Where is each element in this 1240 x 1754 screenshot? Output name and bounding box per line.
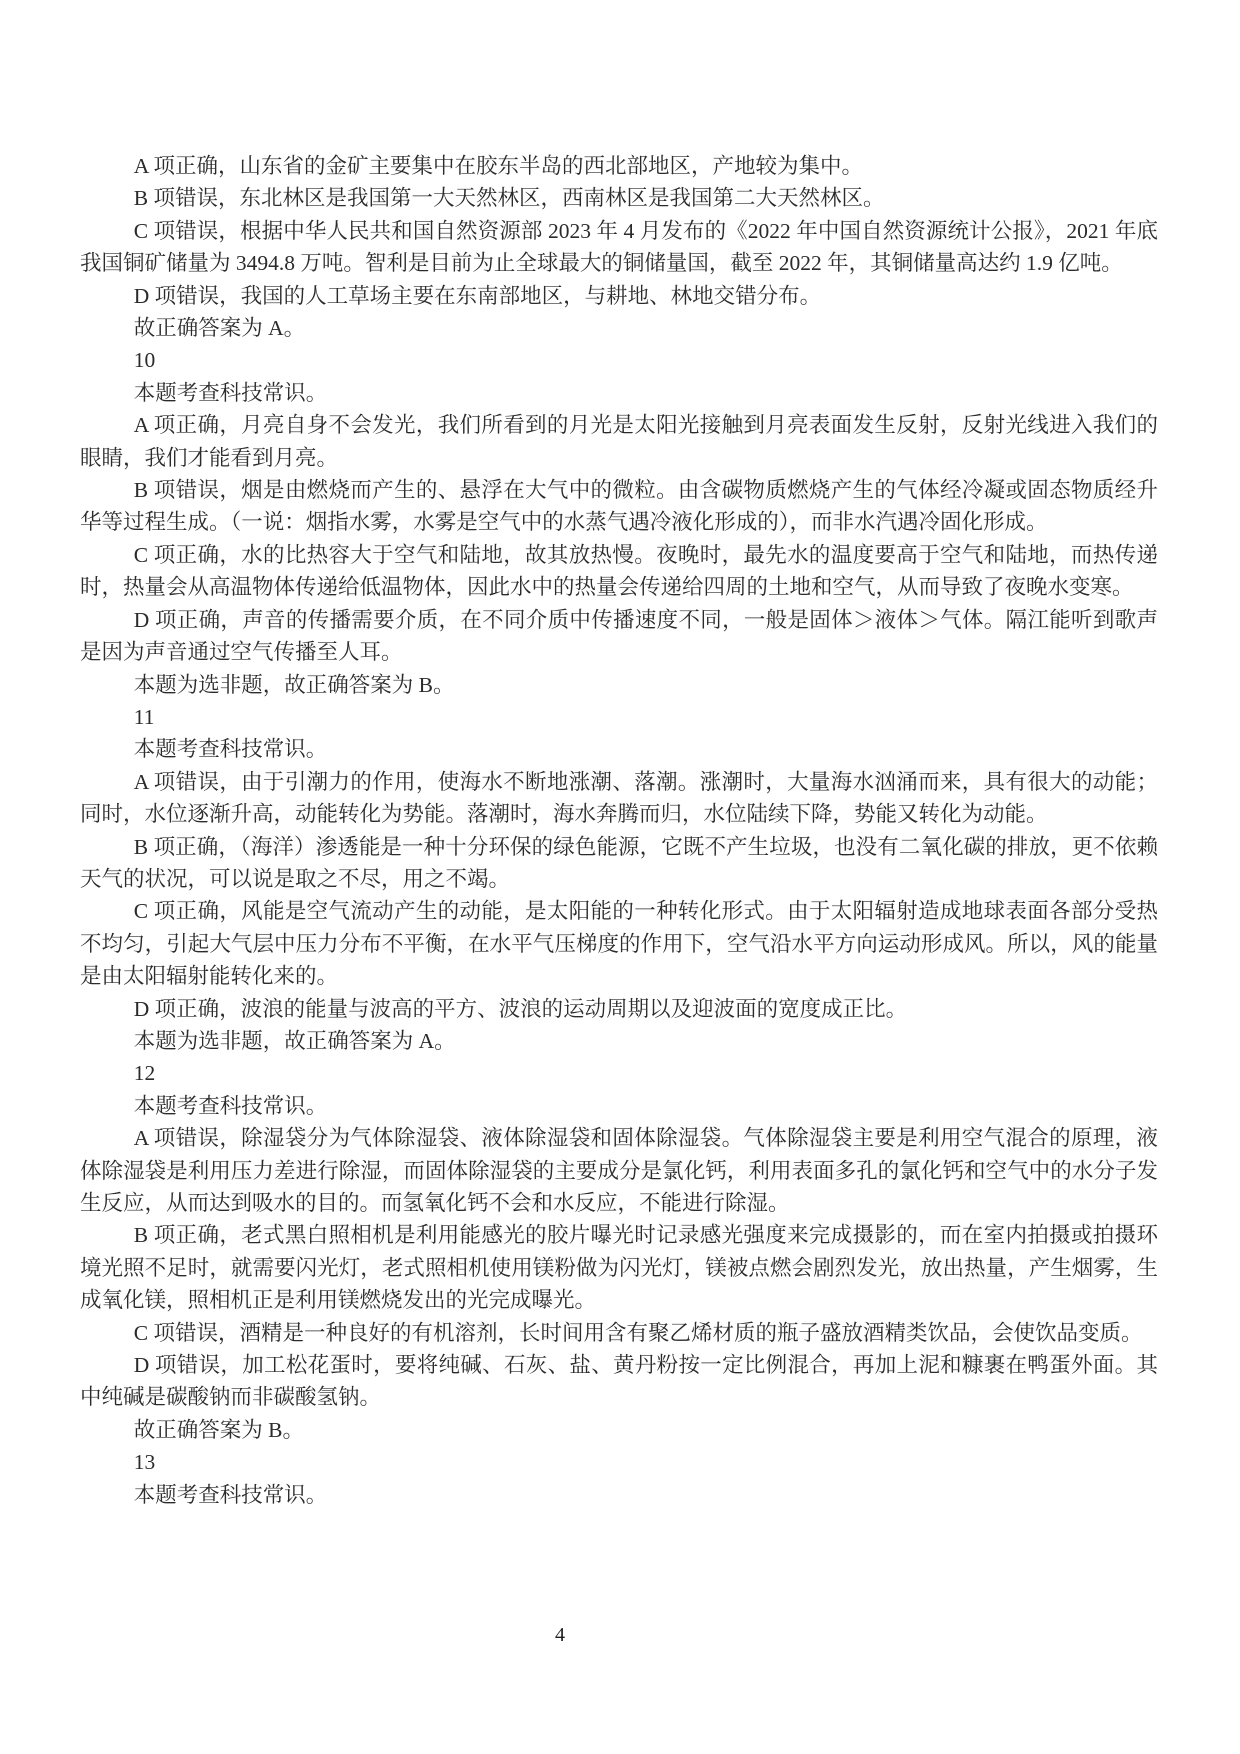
option-analysis-a: A 项错误，由于引潮力的作用，使海水不断地涨潮、落潮。涨潮时，大量海水汹涌而来，…: [80, 766, 1158, 831]
question-number-10: 10: [80, 344, 1158, 376]
option-analysis-a: A 项错误，除湿袋分为气体除湿袋、液体除湿袋和固体除湿袋。气体除湿袋主要是利用空…: [80, 1122, 1158, 1219]
option-analysis-a: A 项正确，月亮自身不会发光，我们所看到的月光是太阳光接触到月亮表面发生反射，反…: [80, 409, 1158, 474]
option-analysis-c: C 项正确，风能是空气流动产生的动能，是太阳能的一种转化形式。由于太阳辐射造成地…: [80, 895, 1158, 992]
question-number-11: 11: [80, 701, 1158, 733]
question-number-13: 13: [80, 1446, 1158, 1478]
option-analysis-c: C 项错误，根据中华人民共和国自然资源部 2023 年 4 月发布的《2022 …: [80, 215, 1158, 280]
answer-line: 故正确答案为 B。: [80, 1414, 1158, 1446]
answer-line: 本题为选非题，故正确答案为 A。: [80, 1025, 1158, 1057]
option-analysis-d: D 项正确，声音的传播需要介质，在不同介质中传播速度不同，一般是固体＞液体＞气体…: [80, 604, 1158, 669]
option-analysis-d: D 项错误，加工松花蛋时，要将纯碱、石灰、盐、黄丹粉按一定比例混合，再加上泥和糠…: [80, 1349, 1158, 1414]
exam-point-line: 本题考查科技常识。: [80, 733, 1158, 765]
answer-line: 本题为选非题，故正确答案为 B。: [80, 669, 1158, 701]
option-analysis-b: B 项正确，老式黑白照相机是利用能感光的胶片曝光时记录感光强度来完成摄影的，而在…: [80, 1219, 1158, 1316]
option-analysis-c: C 项错误，酒精是一种良好的有机溶剂，长时间用含有聚乙烯材质的瓶子盛放酒精类饮品…: [80, 1317, 1158, 1349]
option-analysis-a: A 项正确，山东省的金矿主要集中在胶东半岛的西北部地区，产地较为集中。: [80, 150, 1158, 182]
exam-point-line: 本题考查科技常识。: [80, 1090, 1158, 1122]
document-page: A 项正确，山东省的金矿主要集中在胶东半岛的西北部地区，产地较为集中。 B 项错…: [0, 0, 1240, 1754]
document-body: A 项正确，山东省的金矿主要集中在胶东半岛的西北部地区，产地较为集中。 B 项错…: [80, 150, 1158, 1511]
page-number: 4: [520, 1624, 600, 1647]
exam-point-line: 本题考查科技常识。: [80, 1479, 1158, 1511]
question-number-12: 12: [80, 1057, 1158, 1089]
option-analysis-b: B 项错误，烟是由燃烧而产生的、悬浮在大气中的微粒。由含碳物质燃烧产生的气体经冷…: [80, 474, 1158, 539]
option-analysis-d: D 项正确，波浪的能量与波高的平方、波浪的运动周期以及迎波面的宽度成正比。: [80, 993, 1158, 1025]
option-analysis-b: B 项正确，（海洋）渗透能是一种十分环保的绿色能源，它既不产生垃圾，也没有二氧化…: [80, 831, 1158, 896]
answer-line: 故正确答案为 A。: [80, 312, 1158, 344]
exam-point-line: 本题考查科技常识。: [80, 377, 1158, 409]
option-analysis-c: C 项正确，水的比热容大于空气和陆地，故其放热慢。夜晚时，最先水的温度要高于空气…: [80, 539, 1158, 604]
option-analysis-d: D 项错误，我国的人工草场主要在东南部地区，与耕地、林地交错分布。: [80, 280, 1158, 312]
option-analysis-b: B 项错误，东北林区是我国第一大天然林区，西南林区是我国第二大天然林区。: [80, 182, 1158, 214]
